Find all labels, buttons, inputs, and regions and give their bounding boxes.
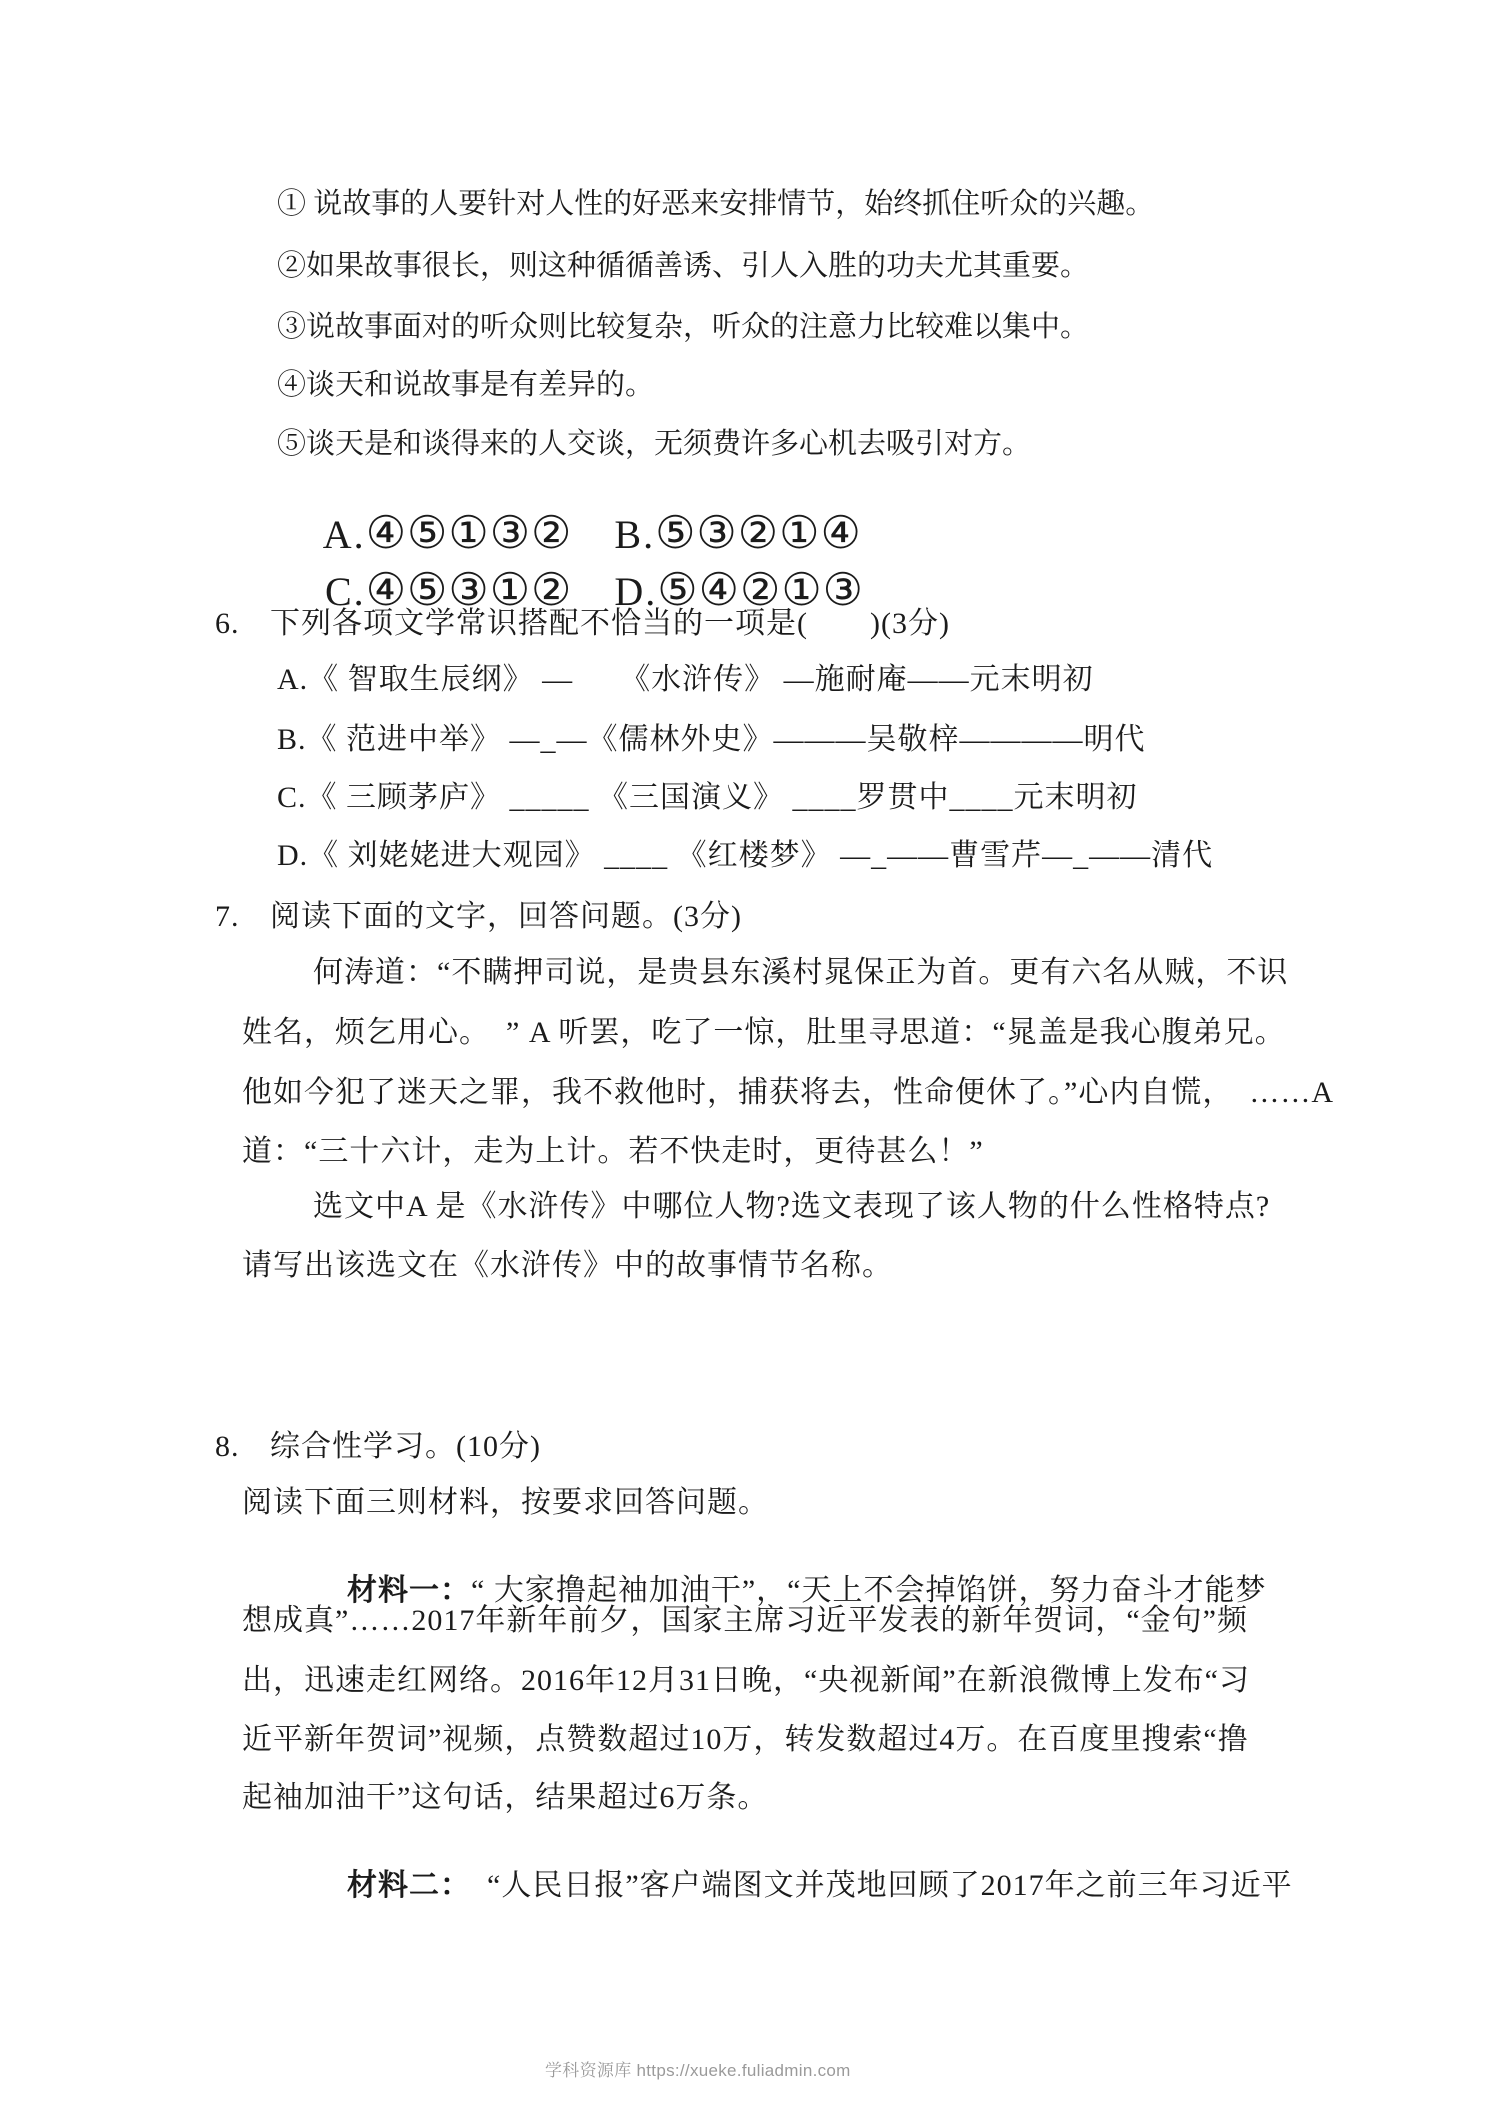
q7-stem: 阅读下面的文字，回答问题。(3分) (270, 902, 742, 932)
sentence-item-3: ③说故事面对的听众则比较复杂，听众的注意力比较难以集中。 (277, 313, 1089, 342)
q6-option-d: D.《 刘姥姥进大观园》 ____ 《红楼梦》 —_——曹雪芹—_——清代 (277, 841, 1213, 871)
sentence-item-2: ②如果故事很长，则这种循循善诱、引人入胜的功夫尤其重要。 (277, 252, 1089, 281)
sentence-item-1: ① 说故事的人要针对人性的好恶来安排情节，始终抓住听众的兴趣。 (277, 190, 1154, 219)
material-two-label: 材料二： (347, 1869, 456, 1902)
material-one-label: 材料一： (347, 1574, 471, 1607)
q6-stem: 下列各项文学常识搭配不恰当的一项是( )(3分) (270, 609, 950, 639)
material-one-line-4: 近平新年贺词”视频，点赞数超过10万，转发数超过4万。在百度里搜索“撸 (242, 1725, 1249, 1755)
footer-watermark: 学科资源库 https://xueke.fuliadmin.com (545, 2056, 851, 2081)
q7-passage-line-2: 姓名，烦乞用心。 ” A 听罢，吃了一惊，肚里寻思道：“晁盖是我心腹弟兄。 (242, 1018, 1286, 1048)
q7-passage-line-1: 何涛道：“不瞒押司说，是贵县东溪村晁保正为首。更有六名从贼，不识 (313, 958, 1288, 988)
q8-intro: 阅读下面三则材料，按要求回答问题。 (242, 1488, 769, 1518)
material-one-line-2: 想成真”……2017年新年前夕，国家主席习近平发表的新年贺词，“金句”频 (242, 1606, 1248, 1636)
q7-passage-line-4: 道：“三十六计，走为上计。若不快走时，更待甚么！” (242, 1137, 984, 1167)
q8-number: 8. (215, 1432, 240, 1462)
q7-number: 7. (215, 902, 240, 932)
q6-option-c: C.《 三顾茅庐》 _____ 《三国演义》 ____罗贯中____元末明初 (277, 783, 1138, 813)
material-one-line-5: 起袖加油干”这句话，结果超过6万条。 (242, 1783, 768, 1813)
q7-passage-line-3: 他如今犯了迷天之罪，我不救他时，捕获将去，性命便休了。”心内自慌， ……A (242, 1078, 1334, 1108)
q7-question-line-2: 请写出该选文在《水浒传》中的故事情节名称。 (242, 1251, 893, 1281)
exam-page: ① 说故事的人要针对人性的好恶来安排情节，始终抓住听众的兴趣。 ②如果故事很长，… (0, 0, 1493, 2112)
q6-number: 6. (215, 609, 240, 639)
material-one-text: “ 大家撸起袖加油干”，“天上不会掉馅饼，努力奋斗才能梦 (471, 1574, 1266, 1607)
q7-question-line-1: 选文中A 是《水浒传》中哪位人物?选文表现了该人物的什么性格特点? (313, 1192, 1270, 1222)
material-one-line-3: 出，迅速走红网络。2016年12月31日晚，“央视新闻”在新浪微博上发布“习 (242, 1666, 1250, 1696)
q8-stem: 综合性学习。(10分) (270, 1432, 541, 1462)
q6-option-a: A.《 智取生辰纲》 — 《水浒传》 —施耐庵——元末明初 (277, 665, 1094, 695)
material-two-text: “人民日报”客户端图文并茂地回顾了2017年之前三年习近平 (456, 1869, 1293, 1902)
material-two-first-line: 材料二： “人民日报”客户端图文并茂地回顾了2017年之前三年习近平 (313, 1841, 1293, 1931)
sentence-item-4: ④谈天和说故事是有差异的。 (277, 371, 654, 400)
q6-option-b: B.《 范进中举》 —_—《儒林外史》———吴敬梓————明代 (277, 725, 1146, 755)
sentence-item-5: ⑤谈天是和谈得来的人交谈，无须费许多心机去吸引对方。 (277, 430, 1031, 459)
